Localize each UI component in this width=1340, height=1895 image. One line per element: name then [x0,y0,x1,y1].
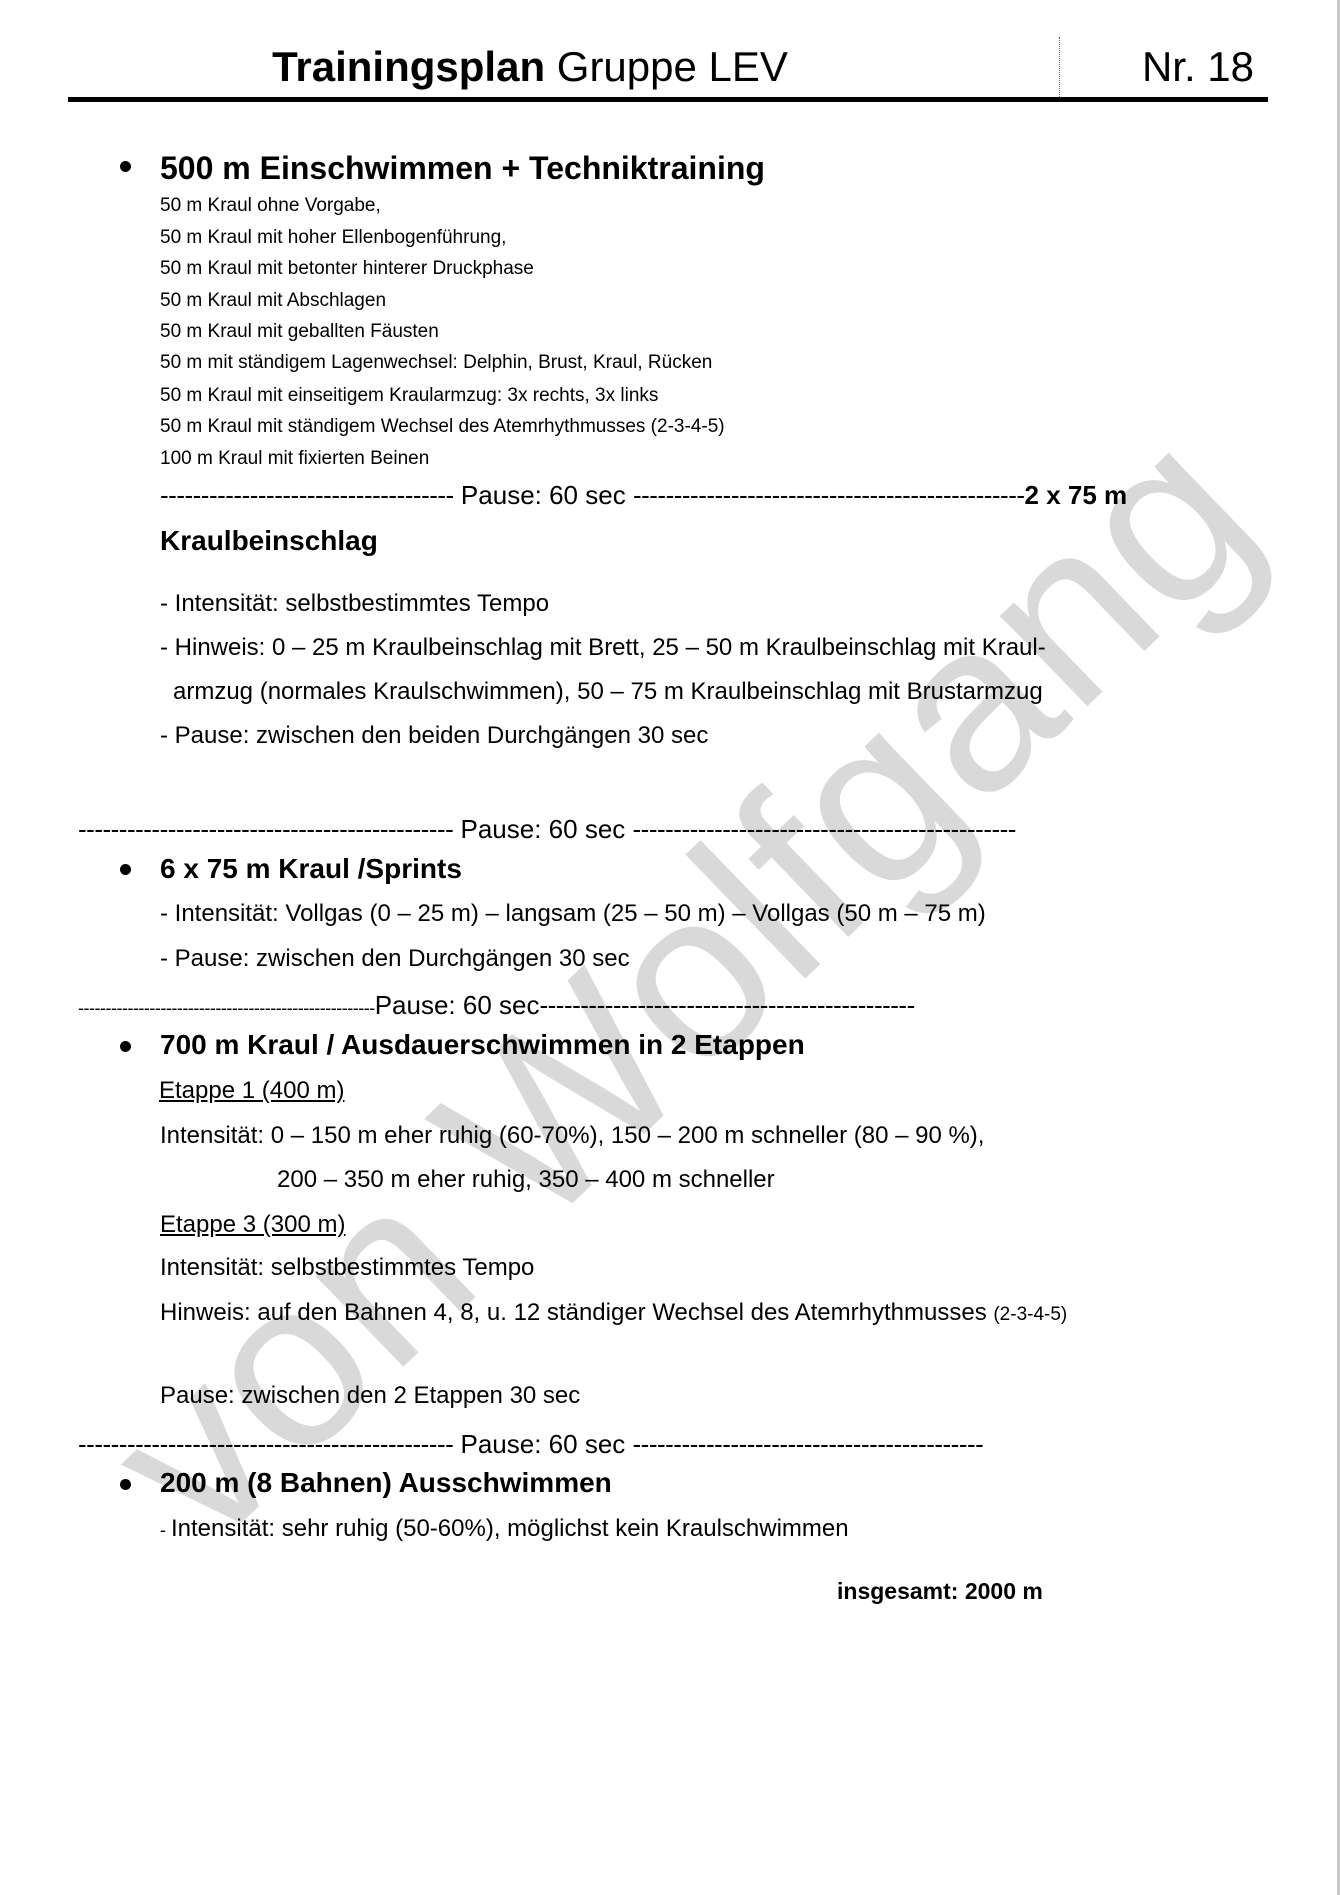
cooldown-intensity-text: Intensität: sehr ruhig (50-60%), möglich… [171,1515,849,1542]
stage1-title: Etappe 1 (400 m) [159,1079,344,1103]
total-distance: insgesamt: 2000 m [837,1580,1043,1603]
section-heading-cooldown: 200 m (8 Bahnen) Ausschwimmen [160,1469,612,1497]
pause-label: Pause: 60 sec [453,814,632,844]
pause-label: Pause: 60 sec [375,990,540,1020]
kick-pause: - Pause: zwischen den beiden Durchgängen… [160,724,708,748]
list-item: 50 m Kraul mit Abschlagen [160,291,386,310]
sprints-intensity: - Intensität: Vollgas (0 – 25 m) – langs… [160,902,986,926]
dash-left: ------------------------------------ [160,480,454,510]
stage3-hint-text: Hinweis: auf den Bahnen 4, 8, u. 12 stän… [160,1299,993,1326]
dash-prefix: - [160,1520,171,1540]
list-item: 50 m Kraul ohne Vorgabe, [160,196,381,215]
section-heading-warmup: 500 m Einschwimmen + Techniktraining [160,152,765,184]
pause-label: Pause: 60 sec [454,480,633,510]
kick-hint-line1: - Hinweis: 0 – 25 m Kraulbeinschlag mit … [160,636,1046,660]
kick-hint-line2: armzug (normales Kraulschwimmen), 50 – 7… [173,680,1043,704]
pause-separator: ----------------------------------------… [78,992,915,1018]
stage1-intensity: Intensität: 0 – 150 m eher ruhig (60-70%… [160,1124,984,1148]
kick-intensity: - Intensität: selbstbestimmtes Tempo [160,592,549,616]
list-item: 50 m Kraul mit geballten Fäusten [160,322,439,341]
bullet-icon [120,864,131,875]
dash-right: ----------------------------------------… [633,480,1025,510]
list-item: 50 m Kraul mit ständigem Wechsel des Ate… [160,417,725,436]
dash-left: ----------------------------------------… [78,998,375,1018]
pause-separator: ------------------------------------ Pau… [160,482,1127,508]
pause-separator: ----------------------------------------… [78,816,1016,842]
header-rule [68,97,1268,102]
set-count: 2 x 75 m [1025,480,1128,510]
dash-right: ----------------------------------------… [633,814,1016,844]
plan-number: Nr. 18 [1142,46,1254,88]
bullet-icon [120,161,131,172]
stage3-hint: Hinweis: auf den Bahnen 4, 8, u. 12 stän… [160,1301,1067,1325]
title-rest: Gruppe LEV [545,43,788,90]
title-bold: Trainingsplan [272,43,545,90]
dash-right: ----------------------------------------… [633,1429,984,1459]
list-item: 100 m Kraul mit fixierten Beinen [160,449,429,468]
dash-right: ----------------------------------------… [539,990,914,1020]
page-title: Trainingsplan Gruppe LEV [0,46,1060,88]
stage3-title: Etappe 3 (300 m) [160,1213,345,1237]
list-item: 50 m Kraul mit betonter hinterer Druckph… [160,259,534,278]
list-item: 50 m Kraul mit hoher Ellenbogenführung, [160,228,506,247]
sprints-pause: - Pause: zwischen den Durchgängen 30 sec [160,947,630,971]
bullet-icon [120,1479,131,1490]
breathing-pattern: (2-3-4-5) [993,1304,1067,1325]
pause-separator: ----------------------------------------… [78,1431,983,1457]
pause-label: Pause: 60 sec [453,1429,632,1459]
dash-left: ----------------------------------------… [78,1429,453,1459]
list-item: 50 m Kraul mit einseitigem Kraularmzug: … [160,386,658,405]
stage1-intensity-cont: 200 – 350 m eher ruhig, 350 – 400 m schn… [277,1168,775,1192]
cooldown-intensity: - Intensität: sehr ruhig (50-60%), mögli… [160,1517,849,1541]
header-separator [1059,37,1060,99]
section-heading-kick: Kraulbeinschlag [160,527,378,555]
dash-left: ----------------------------------------… [78,814,453,844]
bullet-icon [120,1041,131,1052]
section-heading-endurance: 700 m Kraul / Ausdauerschwimmen in 2 Eta… [160,1031,805,1059]
endurance-pause: Pause: zwischen den 2 Etappen 30 sec [160,1384,580,1408]
list-item: 50 m mit ständigem Lagenwechsel: Delphin… [160,353,712,372]
stage3-intensity: Intensität: selbstbestimmtes Tempo [160,1256,534,1280]
section-heading-sprints: 6 x 75 m Kraul /Sprints [160,855,462,883]
